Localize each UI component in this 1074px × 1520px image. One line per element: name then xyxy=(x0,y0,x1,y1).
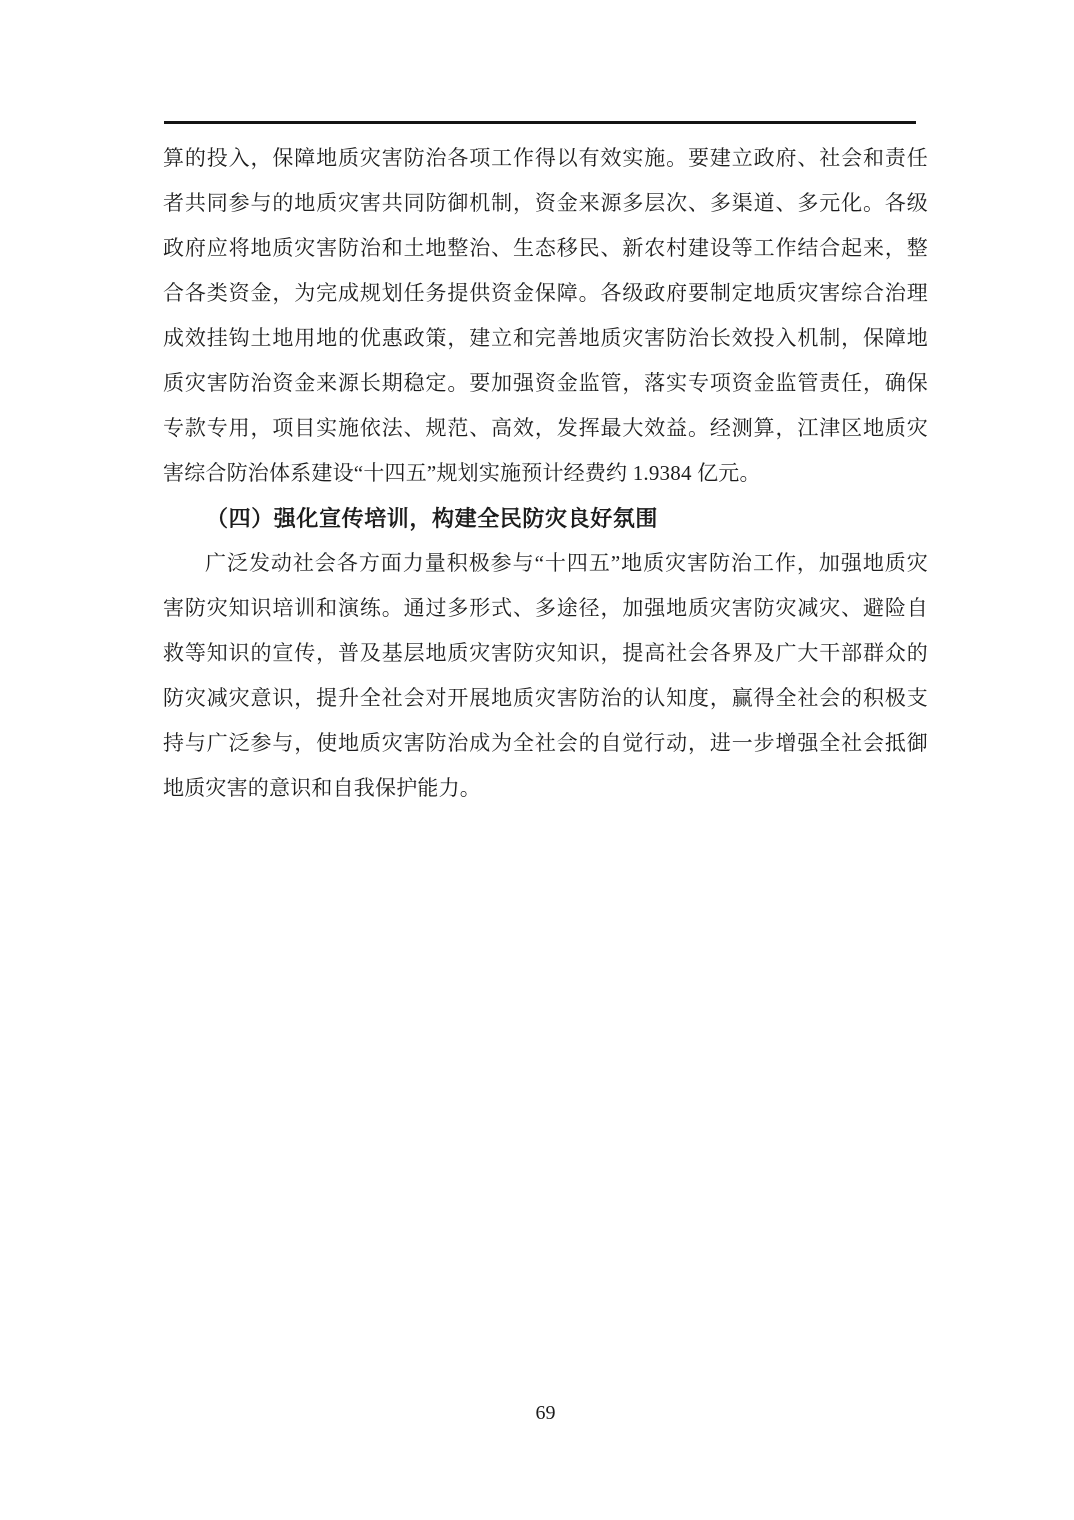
text-line: 地质灾害的意识和自我保护能力。 xyxy=(163,766,928,811)
paragraph-publicity-training: 广泛发动社会各方面力量积极参与“十四五”地质灾害防治工作，加强地质灾害防灾知识培… xyxy=(163,541,928,811)
text-line: 防灾减灾意识，提升全社会对开展地质灾害防治的认知度，赢得全社会的积极支 xyxy=(163,676,928,721)
text-line: 合各类资金，为完成规划任务提供资金保障。各级政府要制定地质灾害综合治理 xyxy=(163,271,928,316)
text-line: 成效挂钩土地用地的优惠政策，建立和完善地质灾害防治长效投入机制，保障地 xyxy=(163,316,928,361)
section-heading: （四）强化宣传培训，构建全民防灾良好氛围 xyxy=(163,496,928,541)
text-line: 政府应将地质灾害防治和土地整治、生态移民、新农村建设等工作结合起来，整 xyxy=(163,226,928,271)
page-content: 算的投入，保障地质灾害防治各项工作得以有效实施。要建立政府、社会和责任者共同参与… xyxy=(163,136,928,811)
text-line: 质灾害防治资金来源长期稳定。要加强资金监管，落实专项资金监管责任，确保 xyxy=(163,361,928,406)
paragraph-funding-guarantee: 算的投入，保障地质灾害防治各项工作得以有效实施。要建立政府、社会和责任者共同参与… xyxy=(163,136,928,496)
text-line: 持与广泛参与，使地质灾害防治成为全社会的自觉行动，进一步增强全社会抵御 xyxy=(163,721,928,766)
document-page: 算的投入，保障地质灾害防治各项工作得以有效实施。要建立政府、社会和责任者共同参与… xyxy=(0,0,1074,1520)
text-line: 专款专用，项目实施依法、规范、高效，发挥最大效益。经测算，江津区地质灾 xyxy=(163,406,928,451)
text-line: 者共同参与的地质灾害共同防御机制，资金来源多层次、多渠道、多元化。各级 xyxy=(163,181,928,226)
text-line: 害综合防治体系建设“十四五”规划实施预计经费约 1.9384 亿元。 xyxy=(163,451,928,496)
header-rule xyxy=(164,121,916,124)
text-line: 算的投入，保障地质灾害防治各项工作得以有效实施。要建立政府、社会和责任 xyxy=(163,136,928,181)
page-number: 69 xyxy=(163,1398,928,1428)
text-line: 害防灾知识培训和演练。通过多形式、多途径，加强地质灾害防灾减灾、避险自 xyxy=(163,586,928,631)
text-line: 救等知识的宣传，普及基层地质灾害防灾知识，提高社会各界及广大干部群众的 xyxy=(163,631,928,676)
text-line: 广泛发动社会各方面力量积极参与“十四五”地质灾害防治工作，加强地质灾 xyxy=(163,541,928,586)
